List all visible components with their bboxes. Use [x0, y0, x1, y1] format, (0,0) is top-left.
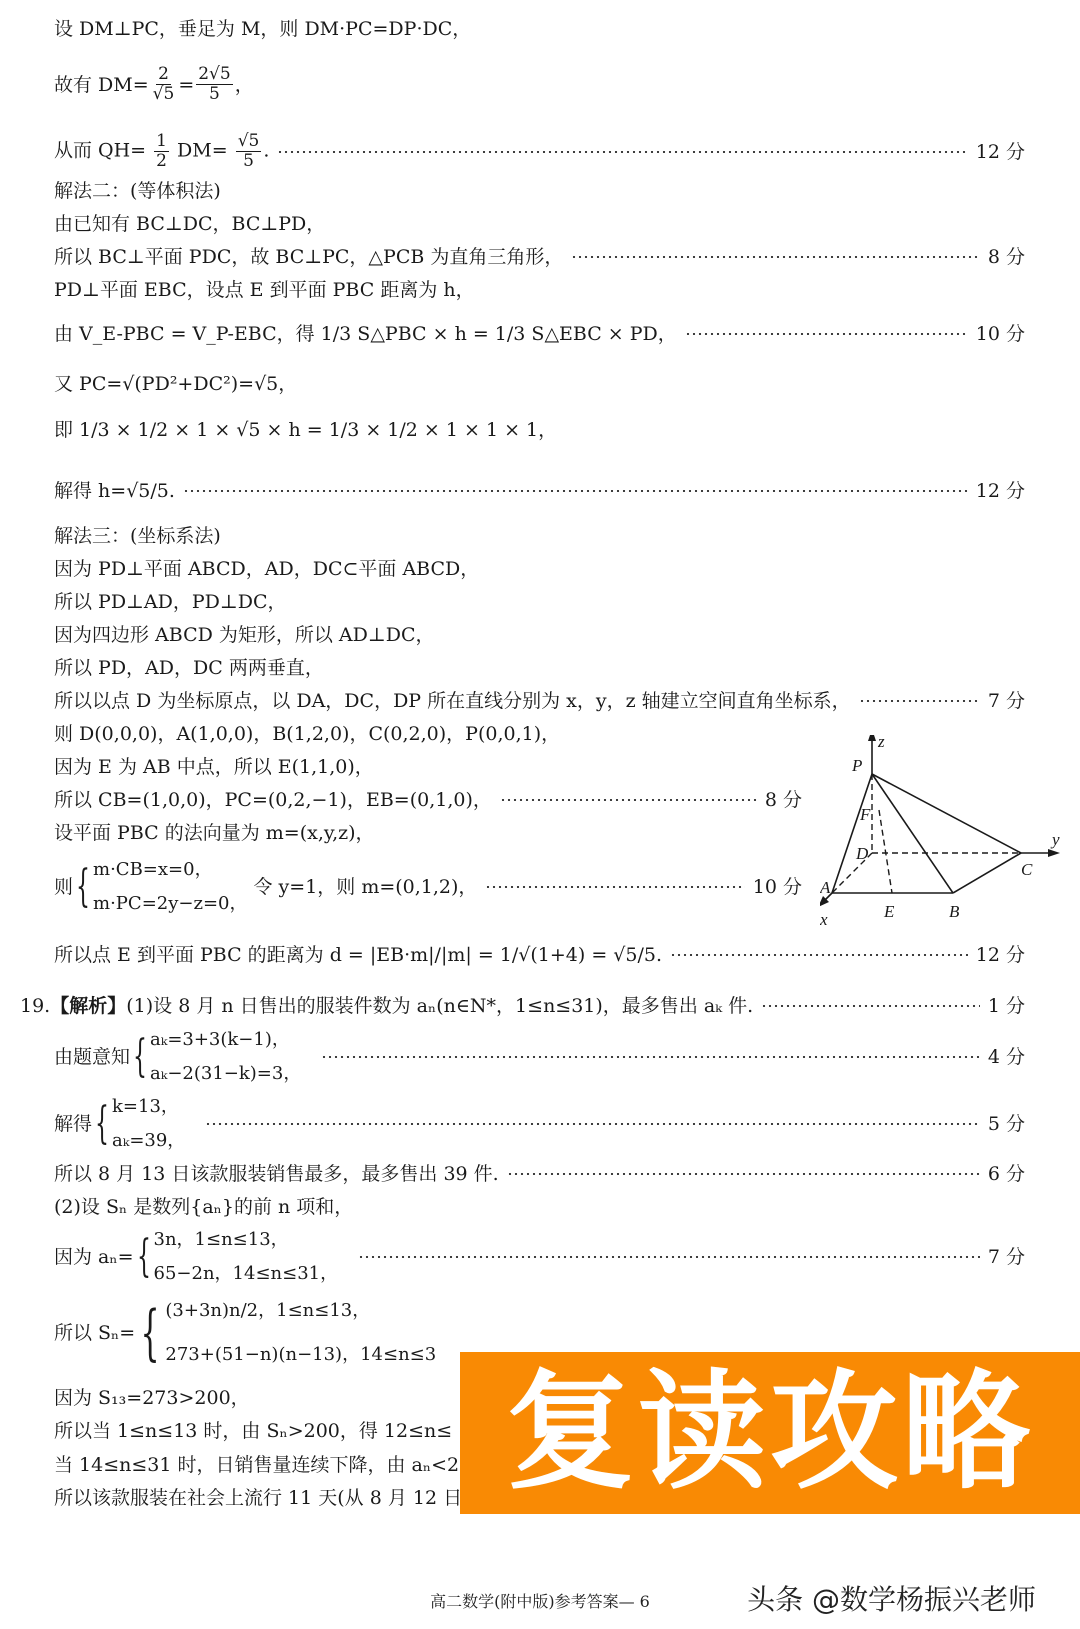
scored-line: 从而 QH= 12 DM= √55. 12 分 [54, 133, 1025, 170]
svg-text:B: B [949, 902, 960, 921]
text-line: 因为 E 为 AB 中点，所以 E(1,1,0)， [54, 754, 374, 780]
scored-line: 所以 BC⊥平面 PDC，故 BC⊥PC，△PCB 为直角三角形，8 分 [54, 244, 1025, 270]
text-line: 则 D(0,0,0)，A(1,0,0)，B(1,2,0)，C(0,2,0)，P(… [54, 721, 560, 747]
text-line: 因为 PD⊥平面 ABCD，AD，DC⊂平面 ABCD， [54, 556, 479, 582]
scored-line: 解得 { k=13，aₖ=39， 5 分 [54, 1100, 1025, 1148]
pyramid-figure: P z F D A E B C y x [820, 735, 1070, 940]
svg-text:E: E [883, 902, 895, 921]
score-label: 5 分 [988, 1111, 1025, 1137]
score-label: 8 分 [988, 244, 1025, 270]
piecewise-definition: { 3n，1≤n≤13，65−2n，14≤n≤31， [134, 1227, 339, 1287]
scored-line: 19.【解析】(1)设 8 月 n 日售出的服装件数为 aₙ(n∈N*，1≤n≤… [20, 993, 1025, 1019]
fraction: 12 [154, 133, 169, 170]
text-line: 故有 DM= 2√5 = 2√55 ， [54, 66, 254, 103]
svg-text:z: z [877, 735, 885, 751]
scored-line: 由 V_E-PBC = V_P-EBC，得 1/3 S△PBC × h = 1/… [54, 321, 1025, 347]
text-line: 因为四边形 ABCD 为矩形，所以 AD⊥DC， [54, 622, 435, 648]
score-label: 10 分 [753, 874, 802, 900]
author-credit: 头条 @数学杨振兴老师 [747, 1578, 1036, 1618]
leader-dots [859, 700, 980, 702]
text-line: 由已知有 BC⊥DC，BC⊥PD， [54, 211, 325, 237]
text-line: 设平面 PBC 的法向量为 m=(x,y,z)， [54, 820, 375, 846]
score-label: 8 分 [765, 787, 802, 813]
svg-text:x: x [820, 910, 828, 929]
equation-system: { m·CB=x=0， m·PC=2y−z=0， [73, 857, 247, 917]
section-title: 解法三：(坐标系法) [54, 523, 221, 549]
text-line: 即 1/3 × 1/2 × 1 × √5 × h = 1/3 × 1/2 × 1… [54, 417, 557, 443]
score-label: 6 分 [988, 1161, 1025, 1187]
text-line: 所以 Sₙ= { (3+3n)n/2，1≤n≤13，273+(51−n)(n−1… [54, 1300, 436, 1366]
watermark-banner: 复读攻略 [460, 1352, 1080, 1514]
score-label: 12 分 [976, 139, 1025, 165]
leader-dots [358, 1256, 980, 1258]
score-label: 7 分 [988, 688, 1025, 714]
leader-dots [500, 799, 757, 801]
svg-text:C: C [1021, 860, 1033, 879]
text-line: 又 PC=√(PD²+DC²)=√5， [54, 371, 297, 397]
scored-line: 所以以点 D 为坐标原点，以 DA，DC，DP 所在直线分别为 x，y，z 轴建… [54, 688, 1025, 714]
leader-dots [485, 886, 744, 888]
analysis-tag: 【解析】 [50, 995, 126, 1017]
leader-dots [277, 151, 967, 153]
svg-text:D: D [855, 844, 869, 863]
leader-dots [507, 1173, 980, 1175]
scored-line: 因为 aₙ= { 3n，1≤n≤13，65−2n，14≤n≤31， 7 分 [54, 1233, 1025, 1281]
leader-dots [183, 490, 968, 492]
score-label: 10 分 [976, 321, 1025, 347]
scored-line: 解得 h=√5/5.12 分 [54, 478, 1025, 504]
scored-line: 由题意知 { aₖ=3+3(k−1)，aₖ−2(31−k)=3， 4 分 [54, 1033, 1025, 1081]
text-line: PD⊥平面 EBC，设点 E 到平面 PBC 距离为 h， [54, 277, 475, 303]
section-title: 解法二：(等体积法) [54, 178, 221, 204]
label-P: P [851, 756, 862, 775]
text-line: 所以当 1≤n≤13 时，由 Sₙ>200，得 12≤n≤ [54, 1418, 452, 1444]
leader-dots [205, 1123, 980, 1125]
equation-system: { k=13，aₖ=39， [92, 1094, 185, 1154]
leader-dots [321, 1056, 980, 1058]
scored-line: 所以 8 月 13 日该款服装销售最多，最多售出 39 件.6 分 [54, 1161, 1025, 1187]
svg-text:y: y [1050, 830, 1060, 849]
fraction: √55 [236, 133, 262, 170]
score-label: 4 分 [988, 1044, 1025, 1070]
fraction: 2√55 [196, 66, 232, 103]
fraction: 2√5 [151, 66, 177, 103]
text-line: 所以 PD⊥AD，PD⊥DC， [54, 589, 287, 615]
leader-dots [571, 256, 979, 258]
text-line: (2)设 Sₙ 是数列{aₙ}的前 n 项和， [54, 1194, 353, 1220]
svg-text:A: A [820, 878, 831, 897]
score-label: 7 分 [988, 1244, 1025, 1270]
leader-dots [761, 1005, 980, 1007]
score-label: 1 分 [988, 993, 1025, 1019]
score-label: 12 分 [976, 942, 1025, 968]
text-line: 因为 S₁₃=273>200， [54, 1385, 250, 1411]
scored-line: 则 { m·CB=x=0， m·PC=2y−z=0， 令 y=1，则 m=(0,… [54, 862, 802, 912]
scored-line: 所以 CB=(1,0,0)，PC=(0,2,−1)，EB=(0,1,0)，8 分 [54, 787, 802, 813]
score-label: 12 分 [976, 478, 1025, 504]
text-line: 设 DM⊥PC，垂足为 M，则 DM·PC=DP·DC， [54, 16, 471, 42]
leader-dots [685, 333, 968, 335]
piecewise-definition: { (3+3n)n/2，1≤n≤13，273+(51−n)(n−13)，14≤n… [135, 1298, 436, 1368]
scored-line: 所以点 E 到平面 PBC 的距离为 d = |EB·m|/|m| = 1/√(… [54, 942, 1025, 968]
svg-text:F: F [859, 805, 871, 824]
equation-system: { aₖ=3+3(k−1)，aₖ−2(31−k)=3， [130, 1027, 301, 1087]
question-number: 19. [20, 995, 50, 1017]
leader-dots [670, 954, 968, 956]
text-line: 所以 PD，AD，DC 两两垂直， [54, 655, 324, 681]
